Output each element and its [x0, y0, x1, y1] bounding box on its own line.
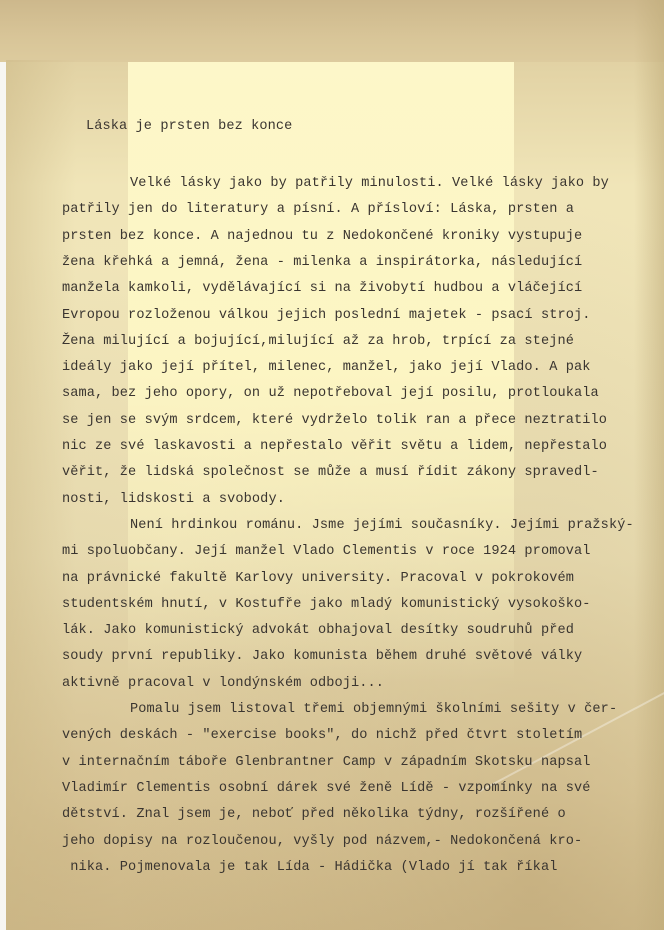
- text-line: nic ze své laskavosti a nepřestalo věřit…: [62, 437, 607, 457]
- text-line: věřit, že lidská společnost se může a mu…: [62, 463, 599, 483]
- text-line: prsten bez konce. A najednou tu z Nedoko…: [62, 227, 582, 247]
- text-line: soudy první republiky. Jako komunista bě…: [62, 647, 582, 667]
- paper-stain-right: [634, 0, 664, 930]
- text-line: dětství. Znal jsem je, neboť před několi…: [62, 805, 566, 825]
- text-line: nosti, lidskosti a svobody.: [62, 490, 285, 510]
- scanned-page: Láska je prsten bez konce Velké lásky ja…: [0, 0, 664, 930]
- text-line: mi spoluobčany. Její manžel Vlado Clemen…: [62, 542, 590, 562]
- aged-paper-top: [0, 0, 664, 62]
- text-line: studentském hnutí, v Kostufře jako mladý…: [62, 595, 590, 615]
- text-line: na právnické fakultě Karlovy university.…: [62, 569, 574, 589]
- text-line: v internačním táboře Glenbrantner Camp v…: [62, 753, 590, 773]
- text-line: žena křehká a jemná, žena - milenka a in…: [62, 253, 582, 273]
- text-line: sama, bez jeho opory, on už nepotřeboval…: [62, 384, 599, 404]
- text-line: Velké lásky jako by patřily minulosti. V…: [130, 174, 609, 194]
- text-line: lák. Jako komunistický advokát obhajoval…: [62, 621, 574, 641]
- text-line: Vladimír Clementis osobní dárek své ženě…: [62, 779, 590, 799]
- text-line: patřily jen do literatury a písní. A pří…: [62, 200, 574, 220]
- text-line: Evropou rozloženou válkou jejich posledn…: [62, 306, 590, 326]
- text-line: se jen se svým srdcem, které vydrželo to…: [62, 411, 607, 431]
- text-line: ideály jako její přítel, milenec, manžel…: [62, 358, 590, 378]
- text-line: jeho dopisy na rozloučenou, vyšly pod ná…: [62, 832, 582, 852]
- text-line: vených deskách - "exercise books", do ni…: [62, 726, 582, 746]
- text-line: aktivně pracoval v londýnském odboji...: [62, 674, 384, 694]
- text-line: nika. Pojmenovala je tak Lída - Hádička …: [62, 858, 557, 878]
- document-title: Láska je prsten bez konce: [86, 119, 292, 134]
- text-line: manžela kamkoli, vydělávající si na živo…: [62, 279, 582, 299]
- typed-text: Láska je prsten bez konce Velké lásky ja…: [0, 0, 33, 75]
- text-line: Pomalu jsem listoval třemi objemnými ško…: [130, 700, 617, 720]
- text-line: Žena milující a bojující,milující až za …: [62, 332, 574, 352]
- text-line: Není hrdinkou románu. Jsme jejími součas…: [130, 516, 634, 536]
